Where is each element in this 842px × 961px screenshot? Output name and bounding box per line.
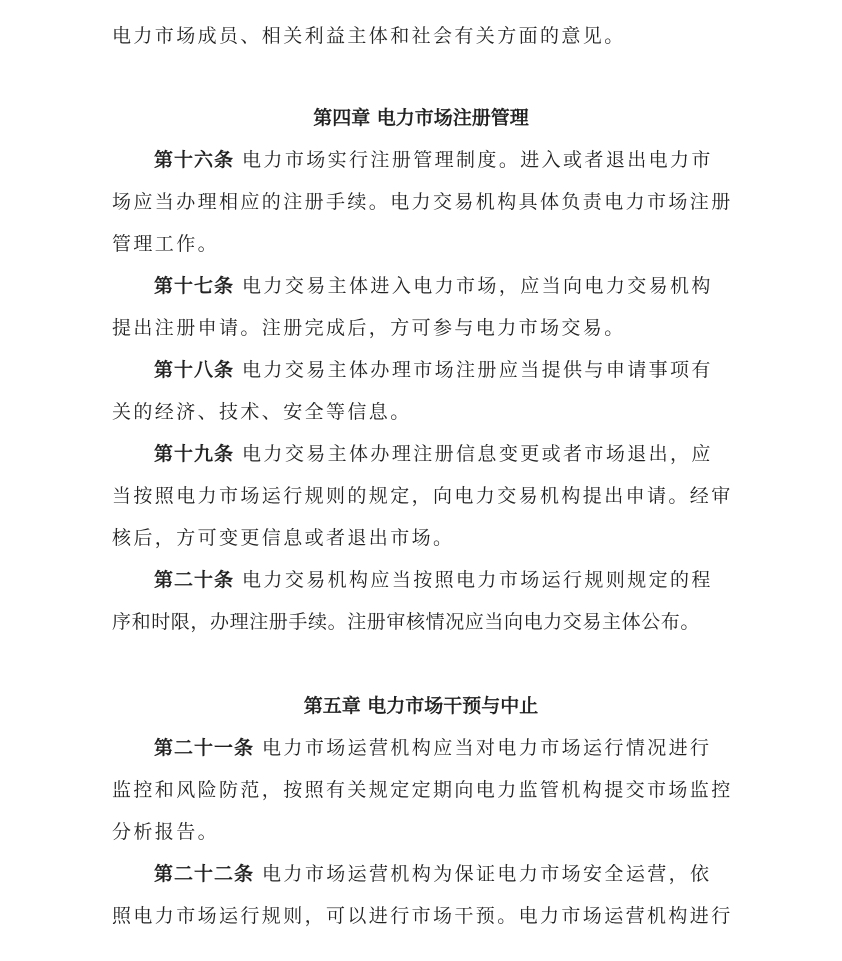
paragraph-line: 当按照电力市场运行规则的规定，向电力交易机构提出申请。经审 [112,484,733,508]
chapter-heading: 第四章 电力市场注册管理 [0,106,842,130]
article-label: 第十八条 [154,359,234,381]
article-text: 电力市场运营机构应当对电力市场运行情况进行 [262,737,711,759]
article-line: 第十九条电力交易主体办理注册信息变更或者市场退出，应 [154,442,713,466]
article-text: 电力市场实行注册管理制度。进入或者退出电力市 [242,149,713,171]
article-line: 第二十条电力交易机构应当按照电力市场运行规则规定的程 [154,568,713,592]
paragraph-line: 场应当办理相应的注册手续。电力交易机构具体负责电力市场注册 [112,190,733,214]
article-line: 第十七条电力交易主体进入电力市场，应当向电力交易机构 [154,274,713,298]
paragraph-line: 分析报告。 [112,820,219,844]
article-label: 第二十条 [154,569,234,591]
article-text: 电力交易机构应当按照电力市场运行规则规定的程 [242,569,713,591]
paragraph-line: 照电力市场运行规则，可以进行市场干预。电力市场运营机构进行 [112,904,733,928]
article-text: 电力交易主体办理市场注册应当提供与申请事项有 [242,359,713,381]
article-line: 第二十一条电力市场运营机构应当对电力市场运行情况进行 [154,736,711,760]
article-label: 第十六条 [154,149,234,171]
paragraph-line: 提出注册申请。注册完成后，方可参与电力市场交易。 [112,316,626,340]
article-text: 电力交易主体进入电力市场，应当向电力交易机构 [242,275,713,297]
paragraph-line: 监控和风险防范，按照有关规定定期向电力监管机构提交市场监控 [112,778,733,802]
article-line: 第十六条电力市场实行注册管理制度。进入或者退出电力市 [154,148,713,172]
paragraph-line: 序和时限，办理注册手续。注册审核情况应当向电力交易主体公布。 [112,610,700,634]
paragraph-line: 核后，方可变更信息或者退出市场。 [112,526,454,550]
article-text: 电力交易主体办理注册信息变更或者市场退出，应 [242,443,713,465]
article-label: 第十七条 [154,275,234,297]
article-label: 第十九条 [154,443,234,465]
article-label: 第二十二条 [154,863,254,885]
paragraph-line: 管理工作。 [112,232,219,256]
article-line: 第十八条电力交易主体办理市场注册应当提供与申请事项有 [154,358,713,382]
article-text: 电力市场运营机构为保证电力市场安全运营，依 [262,863,711,885]
paragraph-line: 电力市场成员、相关利益主体和社会有关方面的意见。 [112,24,626,48]
chapter-heading: 第五章 电力市场干预与中止 [0,694,842,718]
paragraph-line: 关的经济、技术、安全等信息。 [112,400,412,424]
article-label: 第二十一条 [154,737,254,759]
article-line: 第二十二条电力市场运营机构为保证电力市场安全运营，依 [154,862,711,886]
